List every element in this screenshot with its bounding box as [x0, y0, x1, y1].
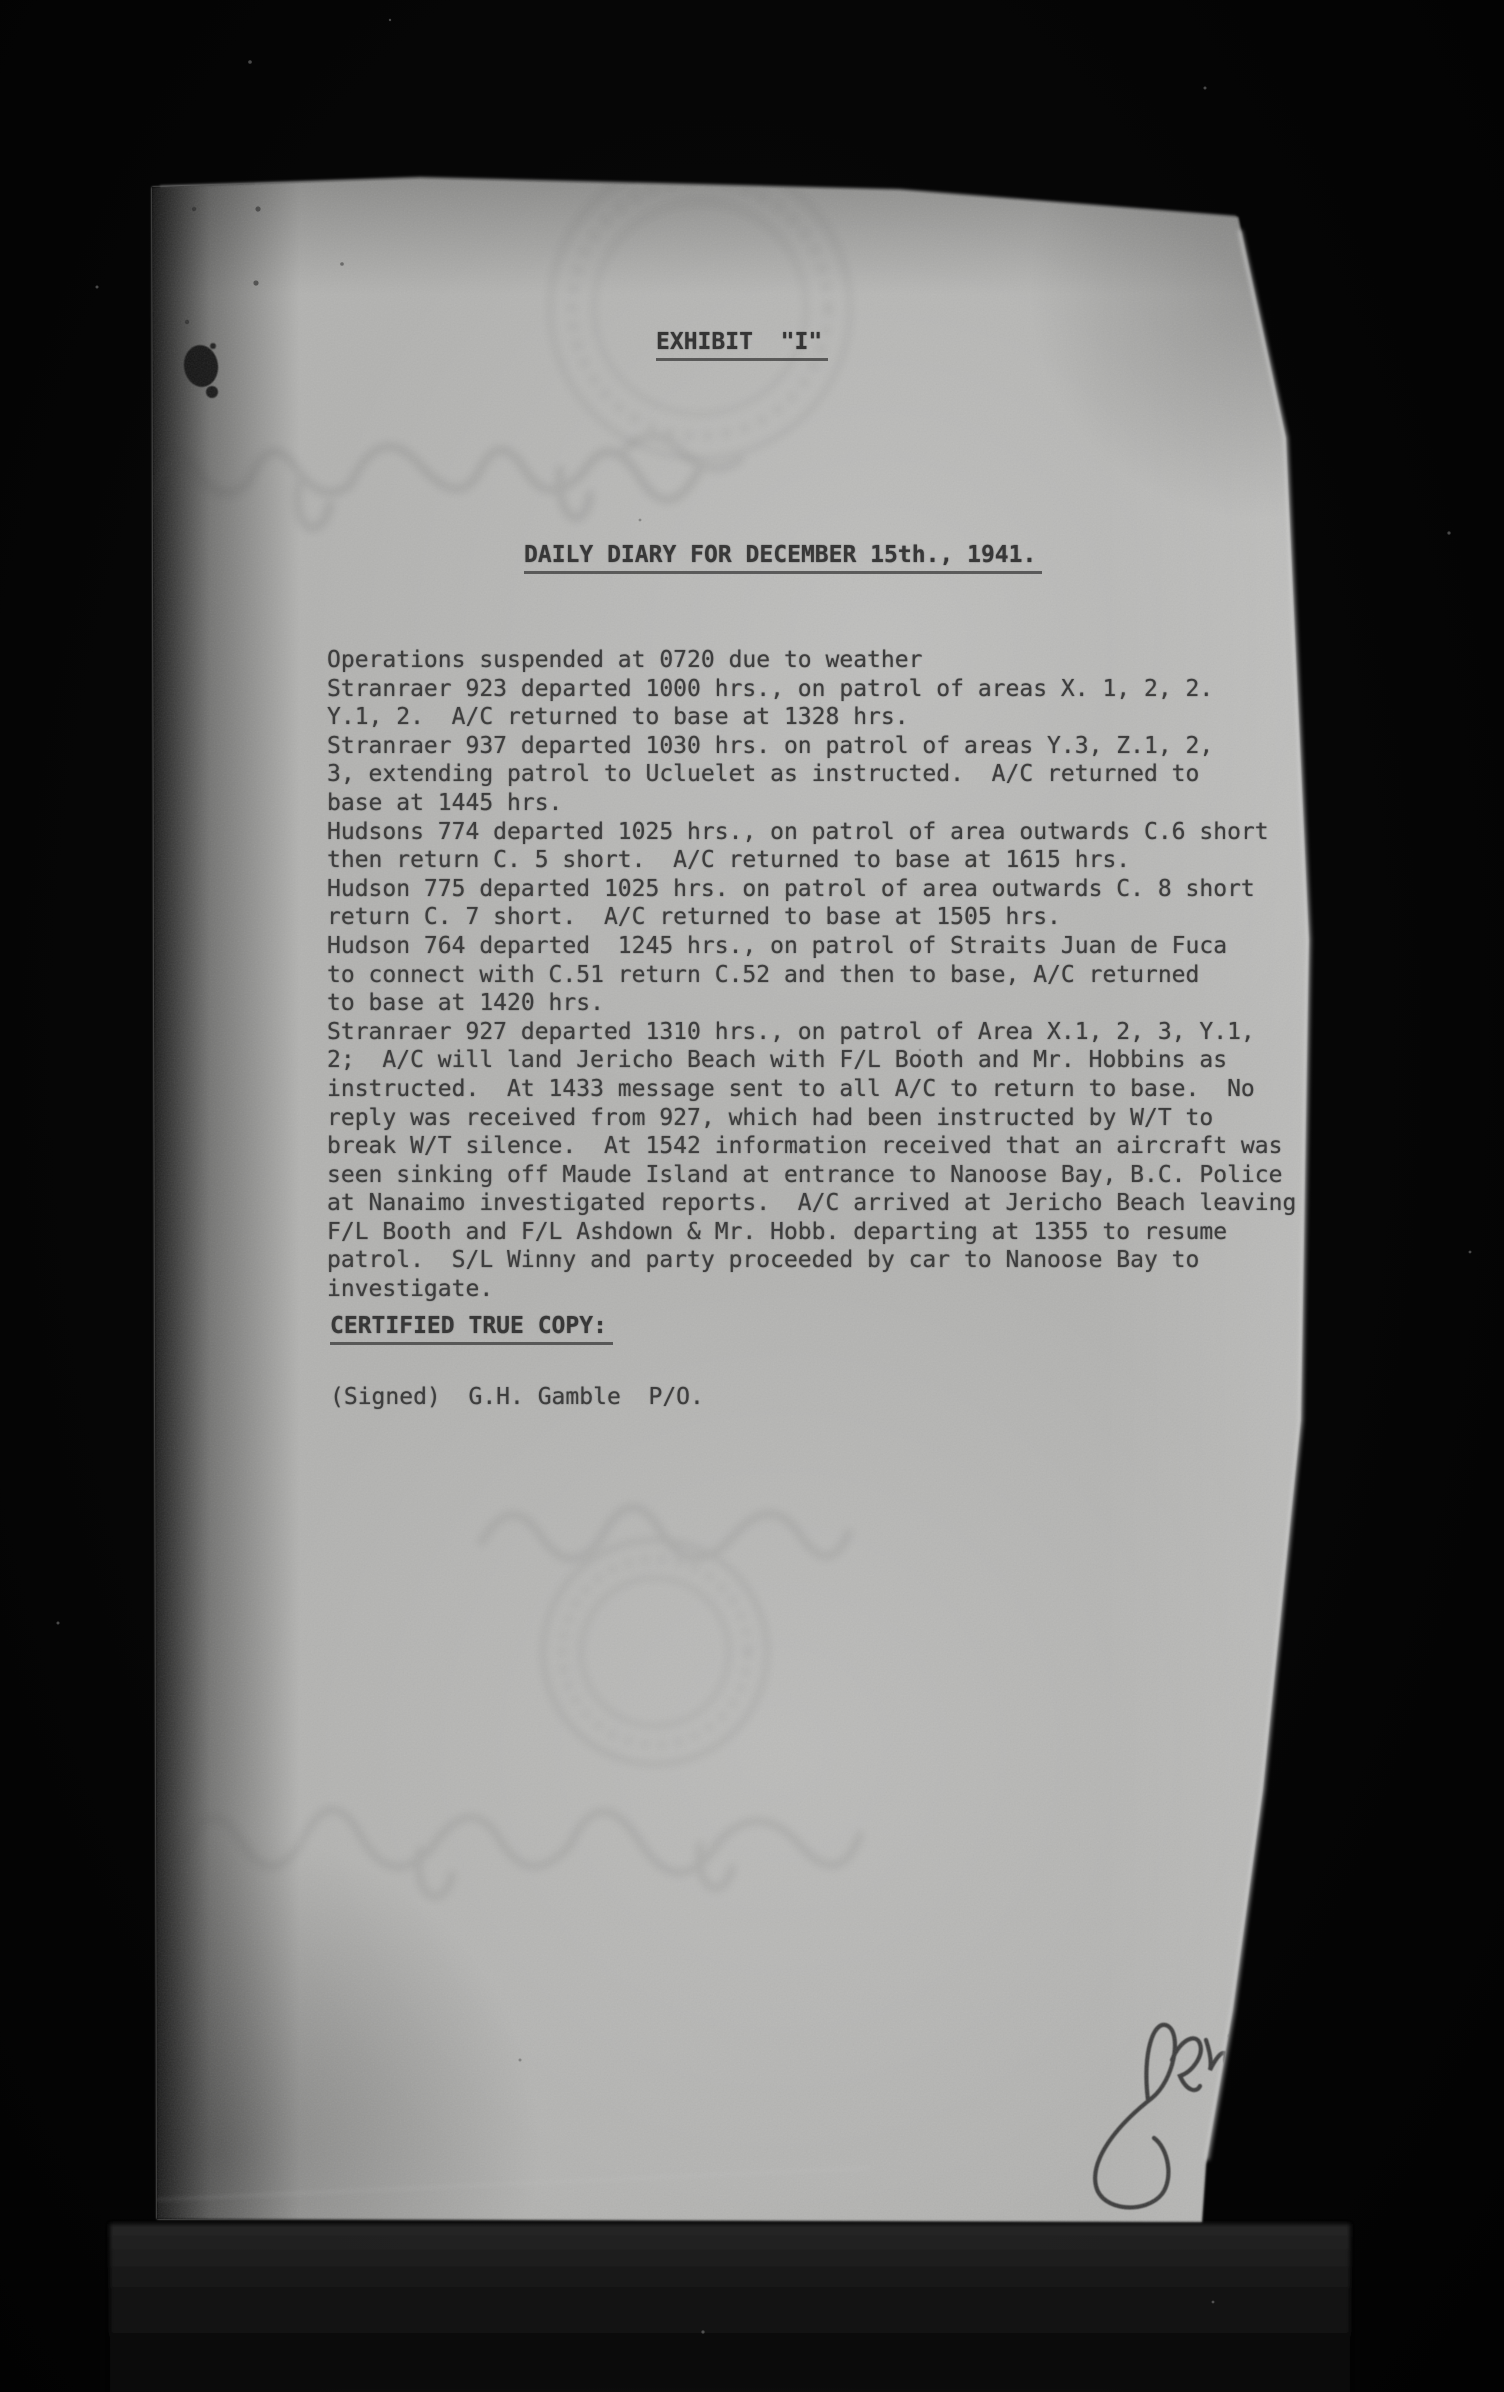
diary-title: DAILY DIARY FOR DECEMBER 15th., 1941.	[524, 542, 1042, 568]
diary-line: Hudson 764 departed 1245 hrs., on patrol…	[327, 932, 1296, 961]
scanned-document-page: EXHIBIT "I" DAILY DIARY FOR DECEMBER 15t…	[0, 0, 1504, 2392]
diary-line: F/L Booth and F/L Ashdown & Mr. Hobb. de…	[327, 1218, 1296, 1247]
diary-line: Stranraer 923 departed 1000 hrs., on pat…	[327, 675, 1296, 704]
diary-line: Hudson 775 departed 1025 hrs. on patrol …	[327, 875, 1296, 904]
exhibit-heading: EXHIBIT "I"	[656, 329, 828, 355]
diary-line: investigate.	[327, 1275, 1296, 1304]
diary-line: seen sinking off Maude Island at entranc…	[327, 1161, 1296, 1190]
signed-line: (Signed) G.H. Gamble P/O.	[330, 1384, 704, 1410]
diary-line: reply was received from 927, which had b…	[327, 1104, 1296, 1133]
diary-line: break W/T silence. At 1542 information r…	[327, 1132, 1296, 1161]
diary-line: 3, extending patrol to Ucluelet as instr…	[327, 760, 1296, 789]
diary-line: base at 1445 hrs.	[327, 789, 1296, 818]
diary-line: Hudsons 774 departed 1025 hrs., on patro…	[327, 818, 1296, 847]
scanner-bed-shadow	[110, 2224, 1350, 2392]
diary-line: to connect with C.51 return C.52 and the…	[327, 961, 1296, 990]
diary-title-text: DAILY DIARY FOR DECEMBER 15th., 1941.	[524, 542, 1042, 574]
diary-line: Y.1, 2. A/C returned to base at 1328 hrs…	[327, 703, 1296, 732]
diary-line: to base at 1420 hrs.	[327, 989, 1296, 1018]
certified-heading: CERTIFIED TRUE COPY:	[330, 1313, 613, 1339]
diary-line: patrol. S/L Winny and party proceeded by…	[327, 1246, 1296, 1275]
diary-line: Stranraer 927 departed 1310 hrs., on pat…	[327, 1018, 1296, 1047]
diary-line: instructed. At 1433 message sent to all …	[327, 1075, 1296, 1104]
exhibit-label: EXHIBIT "I"	[656, 329, 828, 361]
diary-line: at Nanaimo investigated reports. A/C arr…	[327, 1189, 1296, 1218]
diary-line: then return C. 5 short. A/C returned to …	[327, 846, 1296, 875]
diary-line: Operations suspended at 0720 due to weat…	[327, 646, 1296, 675]
diary-line: Stranraer 937 departed 1030 hrs. on patr…	[327, 732, 1296, 761]
certified-label: CERTIFIED TRUE COPY:	[330, 1313, 613, 1345]
diary-body: Operations suspended at 0720 due to weat…	[327, 646, 1296, 1304]
diary-line: 2; A/C will land Jericho Beach with F/L …	[327, 1046, 1296, 1075]
diary-line: return C. 7 short. A/C returned to base …	[327, 903, 1296, 932]
